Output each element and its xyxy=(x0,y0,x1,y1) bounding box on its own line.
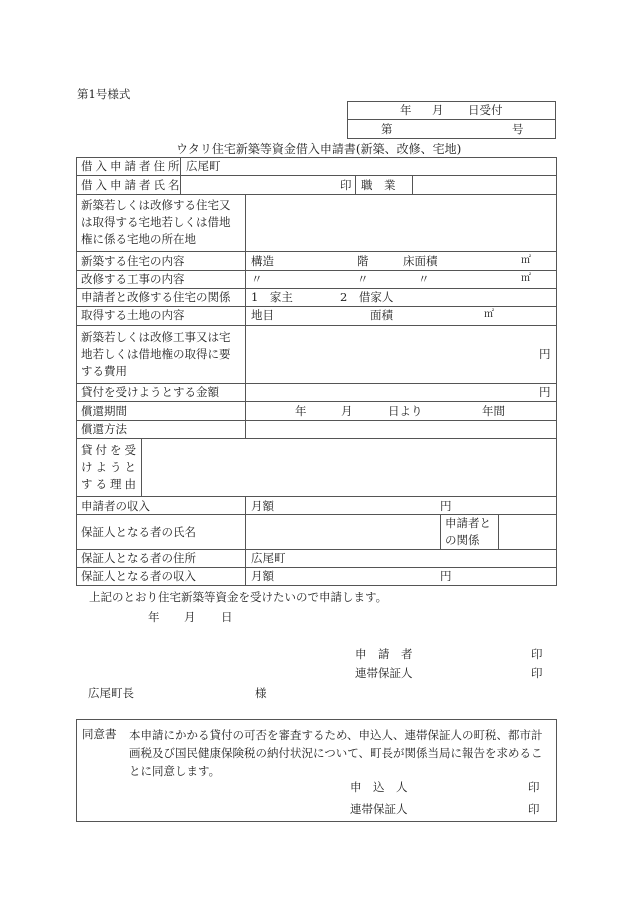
relation-option-owner[interactable]: 1 家主 xyxy=(251,288,293,306)
period-from-day: 日より xyxy=(388,402,423,420)
sqm-unit: ㎡ xyxy=(521,270,531,288)
relation-label: 申請者と改修する住宅の関係 xyxy=(81,288,231,306)
declaration-text: 上記のとおり住宅新築等資金を受けたいので申請します。 xyxy=(89,589,387,605)
location-label-line: は取得する宅地若しくは借地 xyxy=(81,214,231,231)
guarantor-relation-label-line: 申請者と xyxy=(445,515,491,532)
guarantor-relation-label-line: の関係 xyxy=(445,532,491,549)
period-years: 年間 xyxy=(482,402,505,420)
guarantor-name-field[interactable] xyxy=(250,516,435,547)
consent-heading: 同意書 xyxy=(82,726,117,742)
sqm-unit: ㎡ xyxy=(484,306,494,324)
applicant-income-label: 申請者の収入 xyxy=(81,497,150,515)
consent-applicant-label: 申 込 人 xyxy=(350,779,408,795)
reason-label: 貸付を受 けようと する理由 xyxy=(81,442,139,493)
applicant-seal: 印 xyxy=(340,176,352,194)
period-year: 年 xyxy=(295,402,307,420)
guarantor-relation-field[interactable] xyxy=(502,516,552,547)
loan-amount-label: 貸付を受けようとする金額 xyxy=(81,383,219,401)
consent-guarantor-label: 連帯保証人 xyxy=(350,801,408,817)
date-day: 日 xyxy=(221,609,233,625)
receipt-number-prefix: 第 xyxy=(381,120,393,138)
land-category-label: 地目 xyxy=(251,306,274,324)
consent-applicant-seal: 印 xyxy=(528,779,540,795)
yen-unit: 円 xyxy=(539,383,551,401)
repayment-period-label: 償還期間 xyxy=(81,402,127,420)
guarantor-income-label: 保証人となる者の収入 xyxy=(81,567,196,585)
guarantor-relation-label: 申請者と の関係 xyxy=(445,515,491,549)
guarantor-signature-label: 連帯保証人 xyxy=(355,665,413,681)
addressee-name: 広尾町長 xyxy=(88,685,134,701)
receipt-day: 日受付 xyxy=(468,101,503,119)
cost-label-line: 地若しくは借地権の取得に要 xyxy=(81,346,231,363)
floors-label: 階 xyxy=(357,252,369,270)
land-area-label: 面積 xyxy=(370,306,393,324)
applicant-name-label: 借入申請者氏名 xyxy=(81,176,183,194)
consent-text-line: 本申請にかかる貸付の可否を審査するため、申込人、連帯保証人の町税、都市計 xyxy=(129,726,543,744)
consent-text-line: 画税及び国民健康保険税の納付状況について、町長が関係当局に報告を求めるこ xyxy=(129,744,543,762)
consent-text-line: とに同意します。 xyxy=(129,762,543,780)
applicant-signature-label: 申 請 者 xyxy=(355,646,413,662)
location-label-line: 権に係る宅地の所在地 xyxy=(81,231,231,248)
receipt-number-suffix: 号 xyxy=(512,120,524,138)
ditto-mark: 〃 xyxy=(357,270,369,288)
sqm-unit: ㎡ xyxy=(521,252,531,270)
reason-label-line: けようと xyxy=(81,459,139,476)
yen-unit: 円 xyxy=(440,567,452,585)
applicant-seal: 印 xyxy=(531,646,543,662)
applicant-name-field[interactable] xyxy=(186,176,336,194)
new-house-label: 新築する住宅の内容 xyxy=(81,252,185,270)
relation-option-tenant[interactable]: 2 借家人 xyxy=(340,288,393,306)
land-label: 取得する土地の内容 xyxy=(81,306,185,324)
yen-unit: 円 xyxy=(539,345,551,363)
receipt-year: 年 xyxy=(400,101,412,119)
cost-label-line: 新築若しくは改修工事又は宅 xyxy=(81,329,231,346)
renovation-label: 改修する工事の内容 xyxy=(81,270,185,288)
cost-label-line: する費用 xyxy=(81,363,231,380)
loan-amount-field[interactable] xyxy=(250,384,530,400)
form-number: 第1号様式 xyxy=(77,86,130,102)
guarantor-name-label: 保証人となる者の氏名 xyxy=(81,523,196,541)
consent-guarantor-seal: 印 xyxy=(528,801,540,817)
cost-label: 新築若しくは改修工事又は宅 地若しくは借地権の取得に要 する費用 xyxy=(81,329,231,380)
occupation-label: 職 業 xyxy=(361,176,396,194)
yen-unit: 円 xyxy=(440,497,452,515)
occupation-field[interactable] xyxy=(416,176,552,194)
addressee-honorific: 様 xyxy=(255,685,267,701)
repayment-method-label: 償還方法 xyxy=(81,420,127,438)
structure-label: 構造 xyxy=(251,252,274,270)
date-year: 年 xyxy=(148,609,160,625)
applicant-address-field[interactable]: 広尾町 xyxy=(186,157,221,175)
repayment-method-field[interactable] xyxy=(250,421,550,437)
consent-text: 本申請にかかる貸付の可否を審査するため、申込人、連帯保証人の町税、都市計 画税及… xyxy=(129,726,543,780)
reason-label-line: 貸付を受 xyxy=(81,442,139,459)
guarantor-seal: 印 xyxy=(531,665,543,681)
receipt-month: 月 xyxy=(432,101,444,119)
guarantor-address-label: 保証人となる者の住所 xyxy=(81,549,196,567)
date-month: 月 xyxy=(184,609,196,625)
floor-area-label: 床面積 xyxy=(403,252,438,270)
cost-field[interactable] xyxy=(250,327,530,381)
page-title: ウタリ住宅新築等資金借入申請書(新築、改修、宅地) xyxy=(176,140,461,157)
ditto-mark: 〃 xyxy=(251,270,263,288)
guarantor-address-field[interactable]: 広尾町 xyxy=(251,549,286,567)
reason-field[interactable] xyxy=(146,440,551,494)
ditto-mark: 〃 xyxy=(418,270,430,288)
location-label: 新築若しくは改修する住宅又 は取得する宅地若しくは借地 権に係る宅地の所在地 xyxy=(81,197,231,248)
applicant-address-label: 借入申請者住所 xyxy=(81,157,183,175)
reason-label-line: する理由 xyxy=(81,476,139,493)
location-label-line: 新築若しくは改修する住宅又 xyxy=(81,197,231,214)
monthly-label: 月額 xyxy=(251,497,274,515)
monthly-label: 月額 xyxy=(251,567,274,585)
location-field[interactable] xyxy=(250,196,550,248)
period-month: 月 xyxy=(341,402,353,420)
